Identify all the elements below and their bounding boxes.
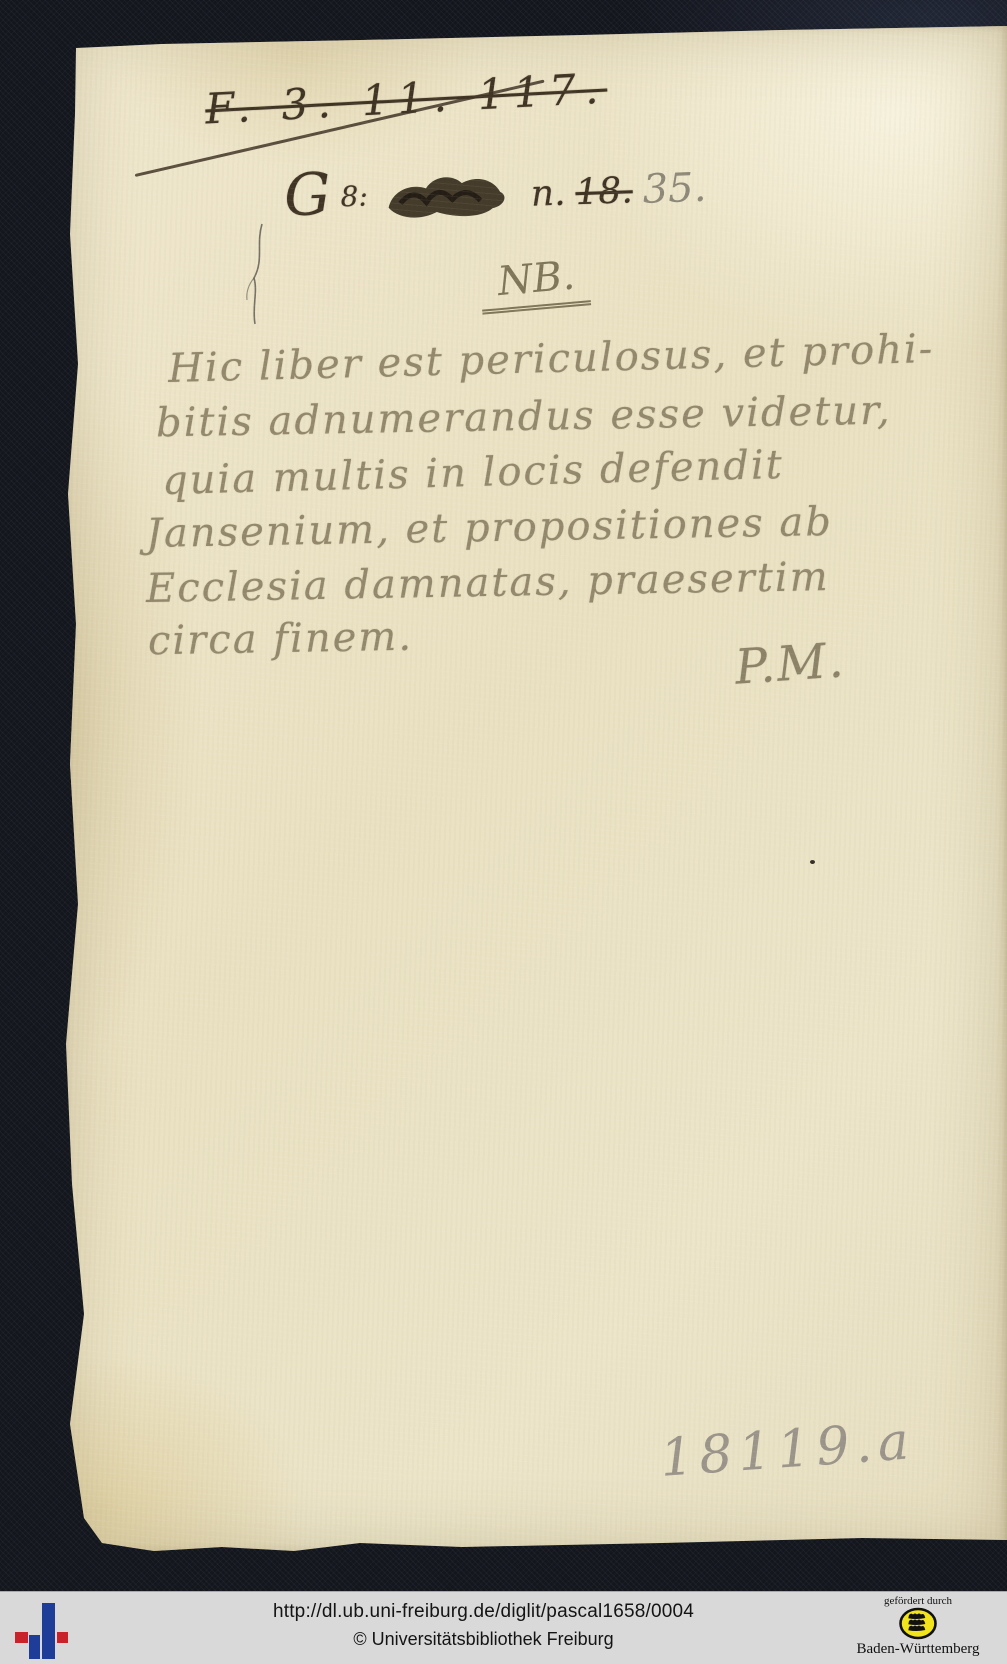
censor-note-line: bitis adnumerandus esse videtur, (156, 388, 892, 447)
baden-wuerttemberg-arms-icon (898, 1607, 938, 1640)
censor-note-line: quia multis in locis defendit (162, 442, 785, 504)
crossed-shelfmark: F. 3. 11. 117. (204, 64, 608, 134)
shelfmark-struck-number: 18. (575, 170, 634, 213)
censor-note-line: Hic liber est periculosus, et prohi- (168, 326, 935, 392)
logo-blue-bar-tall (42, 1603, 55, 1659)
logo-red-bar-right (57, 1632, 68, 1643)
shelfmark-line: G 8: n. 18. 35. (283, 147, 707, 230)
censor-note-line: circa finem. (148, 614, 414, 665)
shelfmark-letter: G (283, 160, 332, 230)
paper-crack (238, 222, 272, 326)
censor-monogram: P.M. (733, 632, 847, 696)
library-footer-bar: http://dl.ub.uni-freiburg.de/diglit/pasc… (0, 1591, 1007, 1664)
copyright-notice: © Universitätsbibliothek Freiburg (120, 1629, 847, 1650)
censor-note-line: Ecclesia damnatas, praesertim (146, 554, 830, 612)
funding-label: gefördert durch (843, 1595, 993, 1607)
ink-blot (381, 165, 518, 228)
shelfmark-number: 35. (642, 165, 707, 213)
shelfmark-format: 8: (340, 179, 368, 213)
nota-bene: NB. (478, 251, 591, 314)
logo-red-bar-left (15, 1632, 28, 1643)
shelfmark-n-label: n. (530, 173, 566, 215)
funding-credit: gefördert durch Baden-Württemberg (843, 1595, 993, 1658)
scan-viewport: F. 3. 11. 117. G 8: n. 18. 35. NB. Hic l… (0, 0, 1007, 1664)
document-url: http://dl.ub.uni-freiburg.de/diglit/pasc… (120, 1601, 847, 1623)
censor-note-line: Jansenium, et propositiones ab (146, 499, 834, 557)
manuscript-page: F. 3. 11. 117. G 8: n. 18. 35. NB. Hic l… (62, 24, 1007, 1554)
funding-region: Baden-Württemberg (843, 1641, 993, 1658)
ink-speck (810, 860, 815, 864)
accession-number: 18119.a (658, 1411, 917, 1489)
logo-blue-bar-short (29, 1635, 40, 1659)
